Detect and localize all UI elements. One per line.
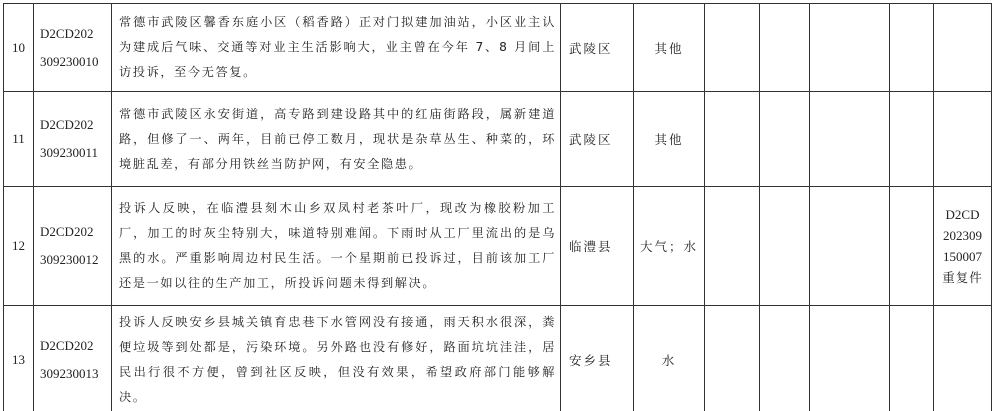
case-id-line1: D2CD202 xyxy=(40,20,111,48)
complaint-description: 投诉人反映安乡县城关镇育忠巷下水管网没有接通，雨天积水很深，粪便垃圾等到处都是，… xyxy=(112,306,561,411)
complaint-description: 常德市武陵区永安街道，高专路到建设路其中的红庙街路段，属新建道路，但修了一、两年… xyxy=(112,92,561,187)
table-row: 12 D2CD202309230012 投诉人反映，在临澧县刻木山乡双凤村老茶叶… xyxy=(4,187,992,306)
district: 临澧县 xyxy=(561,187,634,306)
empty-cell xyxy=(890,306,934,411)
empty-cell xyxy=(810,187,890,306)
empty-cell xyxy=(705,92,760,187)
district: 武陵区 xyxy=(561,92,634,187)
case-id-line1: D2CD202 xyxy=(40,218,111,246)
empty-cell xyxy=(760,4,810,92)
pollution-type: 大气；水 xyxy=(634,187,705,306)
remarks-line: 150007 xyxy=(934,246,991,267)
empty-cell xyxy=(890,92,934,187)
empty-cell xyxy=(810,92,890,187)
pollution-type: 水 xyxy=(634,306,705,411)
empty-cell xyxy=(705,306,760,411)
remarks: D2CD 202309 150007 重复件 xyxy=(934,187,992,306)
empty-cell xyxy=(760,92,810,187)
complaint-description: 常德市武陵区馨香东庭小区（稻香路）正对门拟建加油站，小区业主认为建成后气味、交通… xyxy=(112,4,561,92)
table-row: 11 D2CD202309230011 常德市武陵区永安街道，高专路到建设路其中… xyxy=(4,92,992,187)
row-number: 12 xyxy=(4,187,34,306)
case-id-line2: 309230011 xyxy=(40,139,111,167)
case-id: D2CD202309230012 xyxy=(34,187,112,306)
case-id-line2: 309230012 xyxy=(40,246,111,274)
remarks-line: 202309 xyxy=(934,225,991,246)
empty-cell xyxy=(890,4,934,92)
table-row: 10 D2CD202309230010 常德市武陵区馨香东庭小区（稻香路）正对门… xyxy=(4,4,992,92)
remarks xyxy=(934,306,992,411)
empty-cell xyxy=(810,4,890,92)
case-id-line1: D2CD202 xyxy=(40,332,111,360)
row-number: 10 xyxy=(4,4,34,92)
district: 武陵区 xyxy=(561,4,634,92)
case-id: D2CD202309230013 xyxy=(34,306,112,411)
empty-cell xyxy=(890,187,934,306)
complaint-description: 投诉人反映，在临澧县刻木山乡双凤村老茶叶厂，现改为橡胶粉加工厂，加工的时灰尘特别… xyxy=(112,187,561,306)
case-id-line2: 309230010 xyxy=(40,48,111,76)
row-number: 13 xyxy=(4,306,34,411)
empty-cell xyxy=(705,187,760,306)
case-id-line2: 309230013 xyxy=(40,360,111,388)
remarks-line: 重复件 xyxy=(934,267,991,288)
case-id: D2CD202309230010 xyxy=(34,4,112,92)
remarks xyxy=(934,92,992,187)
case-id-line1: D2CD202 xyxy=(40,111,111,139)
pollution-type: 其他 xyxy=(634,92,705,187)
district: 安乡县 xyxy=(561,306,634,411)
empty-cell xyxy=(810,306,890,411)
remarks-line: D2CD xyxy=(934,204,991,225)
table-row: 13 D2CD202309230013 投诉人反映安乡县城关镇育忠巷下水管网没有… xyxy=(4,306,992,411)
empty-cell xyxy=(760,306,810,411)
complaint-table: 10 D2CD202309230010 常德市武陵区馨香东庭小区（稻香路）正对门… xyxy=(3,3,992,411)
row-number: 11 xyxy=(4,92,34,187)
empty-cell xyxy=(705,4,760,92)
empty-cell xyxy=(760,187,810,306)
case-id: D2CD202309230011 xyxy=(34,92,112,187)
remarks xyxy=(934,4,992,92)
pollution-type: 其他 xyxy=(634,4,705,92)
